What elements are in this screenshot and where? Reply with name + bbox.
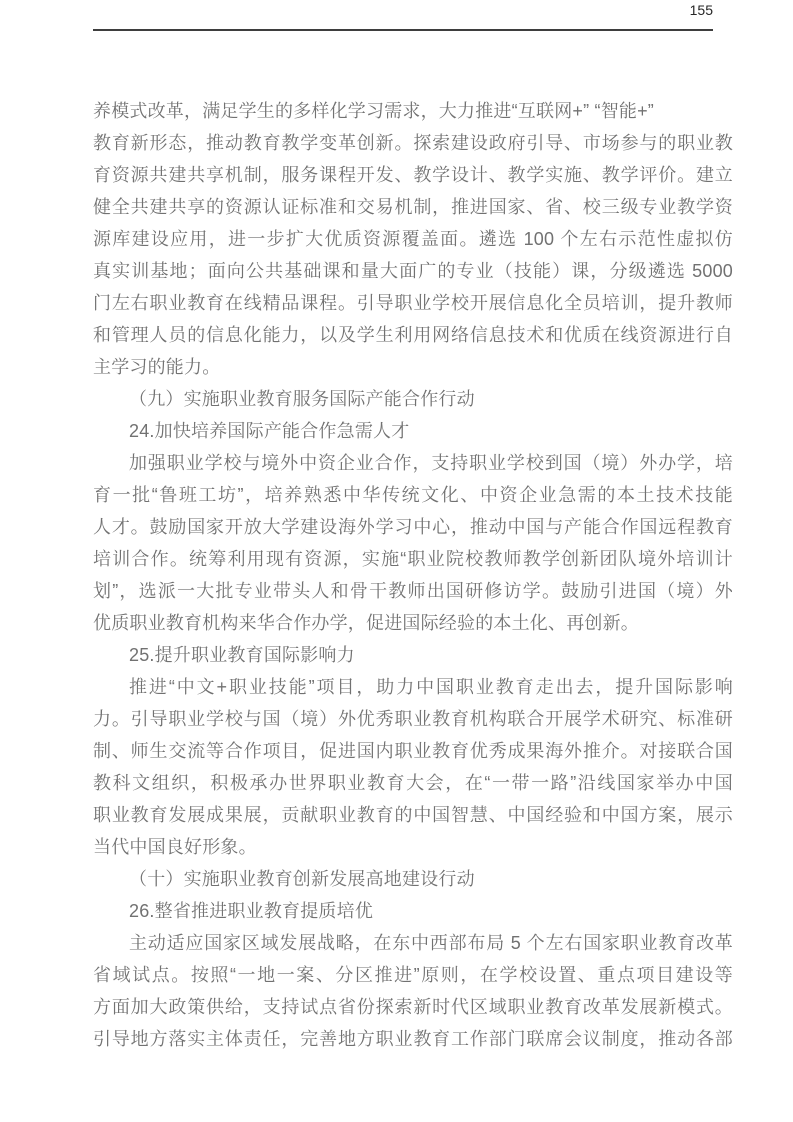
- paragraph-line: 门左右职业教育在线精品课程。引导职业学校开展信息化全员培训，提升教师: [93, 287, 733, 319]
- paragraph-line: 当代中国良好形象。: [93, 831, 733, 863]
- paragraph-line: 方面加大政策供给，支持试点省份探索新时代区域职业教育改革发展新模式。: [93, 991, 733, 1023]
- paragraph-line: 育资源共建共享机制，服务课程开发、教学设计、教学实施、教学评价。建立: [93, 159, 733, 191]
- paragraph-line: 健全共建共享的资源认证标准和交易机制，推进国家、省、校三级专业教学资: [93, 191, 733, 223]
- paragraph-line: 优质职业教育机构来华合作办学，促进国际经验的本土化、再创新。: [93, 607, 733, 639]
- paragraph-line: 主动适应国家区域发展战略，在东中西部布局 5 个左右国家职业教育改革: [93, 927, 733, 959]
- section-heading: （九）实施职业教育服务国际产能合作行动: [93, 383, 733, 415]
- paragraph-line: 培训合作。统筹利用现有资源，实施“职业院校教师教学创新团队境外培训计: [93, 543, 733, 575]
- paragraph-line: 划”，选派一大批专业带头人和骨干教师出国研修访学。鼓励引进国（境）外: [93, 575, 733, 607]
- paragraph-line: 真实训基地；面向公共基础课和量大面广的专业（技能）课，分级遴选 5000: [93, 255, 733, 287]
- item-heading: 26.整省推进职业教育提质培优: [93, 895, 733, 927]
- paragraph-line: 引导地方落实主体责任，完善地方职业教育工作部门联席会议制度，推动各部: [93, 1023, 733, 1055]
- paragraph-line: 省域试点。按照“一地一案、分区推进”原则，在学校设置、重点项目建设等: [93, 959, 733, 991]
- paragraph-line: 主学习的能力。: [93, 351, 733, 383]
- paragraph-line: 推进“中文+职业技能”项目，助力中国职业教育走出去，提升国际影响: [93, 671, 733, 703]
- paragraph-line: 和管理人员的信息化能力，以及学生利用网络信息技术和优质在线资源进行自: [93, 319, 733, 351]
- page-number: 155: [93, 2, 713, 18]
- document-page: 155 养模式改革，满足学生的多样化学习需求，大力推进“互联网+” “智能+”教…: [0, 0, 793, 1122]
- item-heading: 24.加快培养国际产能合作急需人才: [93, 415, 733, 447]
- header-rule: [93, 29, 713, 31]
- paragraph-line: 源库建设应用，进一步扩大优质资源覆盖面。遴选 100 个左右示范性虚拟仿: [93, 223, 733, 255]
- paragraph-line: 加强职业学校与境外中资企业合作，支持职业学校到国（境）外办学，培: [93, 447, 733, 479]
- paragraph-line: 人才。鼓励国家开放大学建设海外学习中心，推动中国与产能合作国远程教育: [93, 511, 733, 543]
- paragraph-line: 育一批“鲁班工坊”，培养熟悉中华传统文化、中资企业急需的本土技术技能: [93, 479, 733, 511]
- section-heading: （十）实施职业教育创新发展高地建设行动: [93, 863, 733, 895]
- paragraph-line: 职业教育发展成果展，贡献职业教育的中国智慧、中国经验和中国方案，展示: [93, 799, 733, 831]
- paragraph-line: 养模式改革，满足学生的多样化学习需求，大力推进“互联网+” “智能+”: [93, 95, 733, 127]
- document-body: 养模式改革，满足学生的多样化学习需求，大力推进“互联网+” “智能+”教育新形态…: [93, 95, 733, 1055]
- paragraph-line: 教科文组织，积极承办世界职业教育大会，在“一带一路”沿线国家举办中国: [93, 767, 733, 799]
- paragraph-line: 力。引导职业学校与国（境）外优秀职业教育机构联合开展学术研究、标准研: [93, 703, 733, 735]
- item-heading: 25.提升职业教育国际影响力: [93, 639, 733, 671]
- paragraph-line: 教育新形态，推动教育教学变革创新。探索建设政府引导、市场参与的职业教: [93, 127, 733, 159]
- paragraph-line: 制、师生交流等合作项目，促进国内职业教育优秀成果海外推介。对接联合国: [93, 735, 733, 767]
